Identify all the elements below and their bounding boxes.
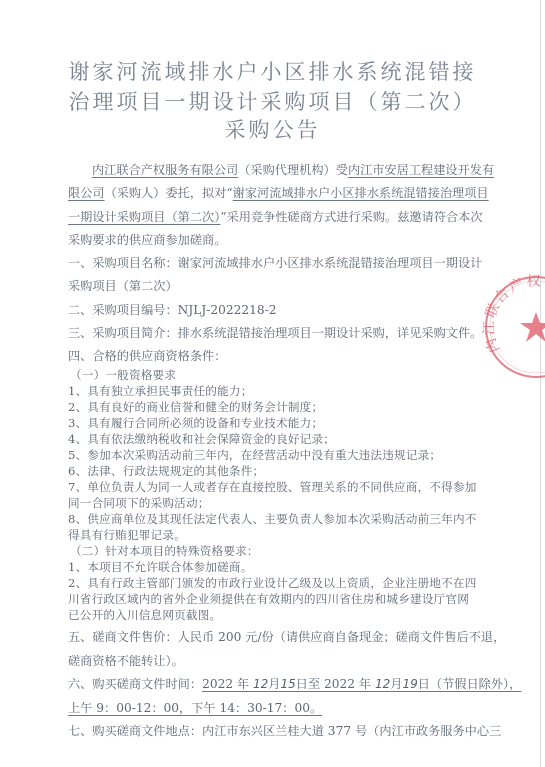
intro-line-4: 采购要求的供应商参加磋商。 — [68, 232, 508, 248]
special-item-2-line-1: 2、具有行政主管部门颁发的市政行业设计乙级及以上资质，企业注册地不在四 — [68, 575, 508, 591]
purchaser-role: （采购人）委托，拟对“ — [105, 186, 233, 200]
general-item-6: 6、法律、行政法规规定的其他条件； — [68, 463, 508, 479]
section-4-heading: 四、合格的供应商资格条件： — [68, 348, 508, 364]
section-1-line-2: 采购项目（第二次） — [68, 278, 508, 294]
agency-role: （采购代理机构）受 — [238, 163, 348, 177]
end-month-handwritten: 12 — [375, 677, 390, 691]
general-item-7-line-1: 7、单位负责人为同一人或者存在直接控股、管理关系的不同供应商，不得参加 — [68, 479, 508, 495]
section-2-project-number: 二、采购项目编号：NJLJ-2022218-2 — [68, 302, 508, 318]
agency-name: 内江联合产权服务有限公司 — [92, 163, 238, 177]
section-1-line-1: 一、采购项目名称：谢家河流域排水户小区排水系统混错接治理项目一期设计 — [68, 255, 508, 271]
project-name-part2: 一期设计采购项目（第二次） — [68, 210, 220, 224]
section-5-line-1: 五、磋商文件售价：人民币 200 元/份（请供应商自备现金；磋商文件售后不退， — [68, 629, 508, 645]
start-day-handwritten: 15 — [280, 677, 295, 691]
purchase-time-label: 六、购买磋商文件时间： — [68, 677, 202, 691]
general-item-8-line-1: 8、供应商单位及其现任法定代表人、主要负责人参加本次采购活动前三年内不 — [68, 511, 508, 527]
end-day-handwritten: 19 — [402, 677, 417, 691]
special-item-1: 1、本项目不允许联合体参加磋商。 — [68, 559, 508, 575]
project-name-part1: 谢家河流域排水户小区排水系统混错接治理项目 — [233, 186, 489, 200]
general-item-8-line-2: 得具有行贿犯罪记录。 — [68, 527, 508, 543]
general-item-1: 1、具有独立承担民事责任的能力； — [68, 383, 508, 399]
month-char-2: 月 — [390, 677, 402, 691]
general-item-4: 4、具有依法缴纳税收和社会保障资金的良好记录； — [68, 431, 508, 447]
start-month-handwritten: 12 — [253, 677, 268, 691]
section-6-line-2: 上午 9：00-12：00，下午 14：30-17：00。 — [68, 700, 508, 716]
general-item-7-line-2: 同一合同项下的采购活动； — [68, 495, 508, 511]
intro-line-3: 一期设计采购项目（第二次）”采用竞争性磋商方式进行采购。兹邀请符合本次 — [68, 209, 508, 225]
general-requirements-heading: （一）一般资格要求 — [70, 367, 510, 383]
purchaser-name-part2: 限公司 — [68, 186, 105, 200]
month-char: 月 — [268, 677, 280, 691]
section-6-line-1: 六、购买磋商文件时间：2022 年 12月15日至 2022 年 12月19日（… — [68, 676, 508, 692]
title-line-3: 采购公告 — [0, 116, 545, 144]
general-item-2: 2、具有良好的商业信誉和健全的财务会计制度； — [68, 399, 508, 415]
end-year: 日至 2022 年 — [296, 677, 375, 691]
title-line-1: 谢家河流域排水户小区排水系统混错接 — [0, 58, 545, 86]
special-item-2-line-2: 川省行政区域内的省外企业须提供在有效期内的四川省住房和城乡建设厅官网 — [68, 591, 508, 607]
section-5-line-2: 磋商资格不能转让）。 — [68, 653, 508, 669]
special-requirements-heading: （二）针对本项目的特殊资格要求： — [70, 543, 510, 559]
svg-text:···: ··· — [509, 358, 516, 365]
holiday-note: 日（节假日除外）， — [418, 677, 522, 691]
section-7-location: 七、购买磋商文件地点：内江市东兴区兰桂大道 377 号（内江市政务服务中心三 — [68, 723, 508, 739]
start-year: 2022 年 — [202, 677, 253, 691]
intro-line-1: 内江联合产权服务有限公司（采购代理机构）受内江市安居工程建设开发有 — [92, 162, 532, 178]
title-line-2: 治理项目一期设计采购项目（第二次） — [0, 88, 545, 116]
general-item-5: 5、参加本次采购活动前三年内，在经营活动中没有重大违法违规记录； — [68, 447, 508, 463]
purchaser-name-part1: 内江市安居工程建设开发有 — [348, 163, 494, 177]
procurement-method: ”采用竞争性磋商方式进行采购。兹邀请符合本次 — [220, 210, 482, 224]
intro-line-2: 限公司（采购人）委托，拟对“谢家河流域排水户小区排水系统混错接治理项目 — [68, 185, 508, 201]
special-item-2-line-3: 已公开的入川信息网页截图。 — [68, 607, 508, 623]
section-3-summary: 三、采购项目简介：排水系统混错接治理项目一期设计采购，详见采购文件。 — [68, 325, 508, 341]
general-item-3: 3、具有履行合同所必须的设备和专业技术能力； — [68, 415, 508, 431]
purchase-hours: 上午 9：00-12：00，下午 14：30-17：00。 — [68, 701, 322, 715]
purchase-time-range: 2022 年 12月15日至 2022 年 12月19日（节假日除外）， — [202, 677, 521, 691]
